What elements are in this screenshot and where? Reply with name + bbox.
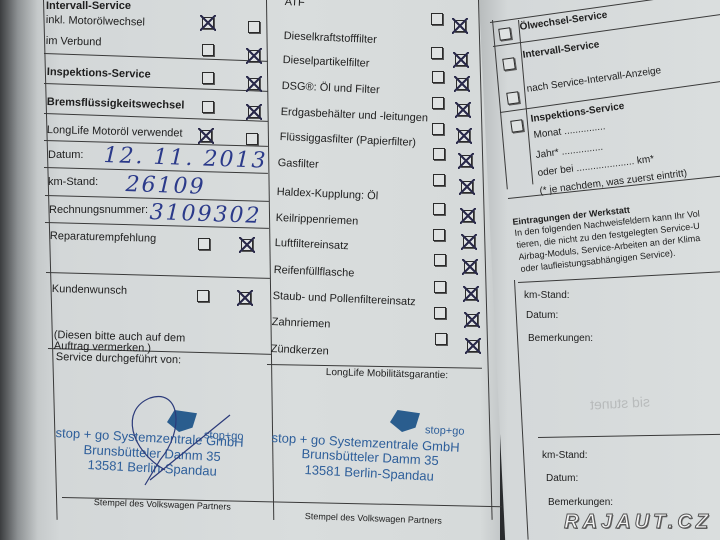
im-verbund-checkbox-yes[interactable] [202,44,214,56]
maintenance-item-checkbox-no[interactable] [455,54,467,66]
rechnungsnummer-label: Rechnungsnummer: [49,204,148,216]
datum-right-label: Datum: [526,310,558,321]
intervall-service-label: Intervall-Service [46,0,131,12]
bleed-through-text: sid stunet [590,393,651,412]
maintenance-item-checkbox-no[interactable] [467,340,479,352]
inspektion-checkbox-yes[interactable] [202,72,214,84]
maintenance-item-checkbox-yes[interactable] [433,148,445,160]
bemerkungen-right-label-2: Bemerkungen: [548,497,613,508]
inspektion-right-checkbox[interactable] [510,119,524,133]
maintenance-item-checkbox-no[interactable] [461,181,473,193]
maintenance-item-checkbox-no[interactable] [462,210,474,222]
km-stand-label: km-Stand: [48,176,98,188]
maintenance-item-checkbox-yes[interactable] [433,229,445,241]
maintenance-item-label: ATF [284,0,304,9]
im-verbund-label: im Verbund [46,35,102,48]
bremsfluessigkeit-checkbox-no[interactable] [248,106,260,118]
motoroelwechsel-checkbox-yes[interactable] [202,17,214,29]
longlife-checkbox-yes[interactable] [200,130,212,142]
km-stand-right-label: km-Stand: [524,290,570,301]
im-verbund-checkbox-no[interactable] [248,50,260,62]
km-stand-right-label-2: km-Stand: [542,450,588,461]
maintenance-item-checkbox-yes[interactable] [432,123,444,135]
maintenance-item-checkbox-no[interactable] [454,20,466,32]
maintenance-item-label: Zahnriemen [271,316,330,331]
maintenance-item-checkbox-yes[interactable] [433,174,445,186]
maintenance-item-checkbox-yes[interactable] [431,13,443,25]
inspektion-checkbox-no[interactable] [248,78,260,90]
maintenance-item-checkbox-no[interactable] [458,130,470,142]
maintenance-item-checkbox-yes[interactable] [434,307,446,319]
maintenance-item-checkbox-yes[interactable] [435,333,447,345]
motoroelwechsel-checkbox-no[interactable] [248,21,260,33]
reparatur-checkbox-no[interactable] [241,239,253,251]
longlife-checkbox-no[interactable] [246,133,258,145]
watermark: RAJAUT.CZ [564,511,712,534]
kundenwunsch-checkbox-no[interactable] [239,292,251,304]
rechnungsnummer-value: 3109302 [149,200,262,229]
bemerkungen-right-label: Bemerkungen: [528,333,593,344]
bremsfluessigkeit-checkbox-yes[interactable] [202,101,214,113]
datum-label: Datum: [48,149,83,161]
maintenance-item-checkbox-yes[interactable] [431,47,443,59]
nach-anzeige-checkbox[interactable] [506,91,520,105]
reparatur-checkbox-yes[interactable] [198,238,210,250]
kundenwunsch-label: Kundenwunsch [52,283,128,297]
signature [110,390,240,490]
maintenance-item-label: Gasfilter [278,157,319,171]
kundenwunsch-checkbox-yes[interactable] [197,290,209,302]
maintenance-item-checkbox-yes[interactable] [432,71,444,83]
datum-right-label-2: Datum: [546,473,578,484]
maintenance-item-checkbox-yes[interactable] [432,97,444,109]
km-stand-value: 26109 [125,172,206,200]
maintenance-item-label: Zündkerzen [270,343,329,358]
maintenance-item-checkbox-no[interactable] [460,155,472,167]
motoroelwechsel-label: inkl. Motorölwechsel [46,14,145,29]
maintenance-item-checkbox-no[interactable] [463,236,475,248]
maintenance-item-checkbox-yes[interactable] [434,281,446,293]
maintenance-item-checkbox-yes[interactable] [433,203,445,215]
maintenance-item-checkbox-no[interactable] [465,288,477,300]
stop-go-logo-text: stop+go [425,424,465,437]
maintenance-item-checkbox-yes[interactable] [434,254,446,266]
maintenance-item-checkbox-no[interactable] [466,314,478,326]
maintenance-item-checkbox-no[interactable] [464,261,476,273]
intervall-checkbox[interactable] [502,57,516,71]
maintenance-item-checkbox-no[interactable] [457,104,469,116]
maintenance-item-checkbox-no[interactable] [456,78,468,90]
oelwechsel-checkbox[interactable] [498,27,512,41]
